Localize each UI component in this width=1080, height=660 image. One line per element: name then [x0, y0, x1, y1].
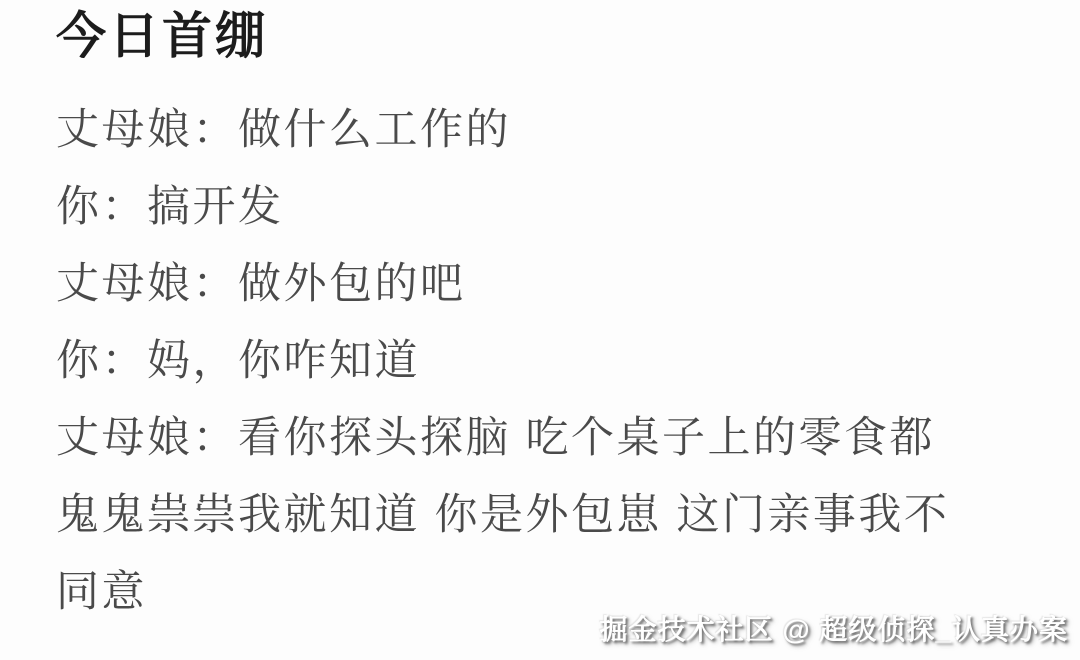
dialog-line-3: 丈母娘：做外包的吧: [56, 242, 1060, 319]
dialog-text: 丈母娘：做什么工作的 你：搞开发 丈母娘：做外包的吧 你：妈，你咋知道 丈母娘：…: [56, 88, 1060, 627]
dialog-line-1: 丈母娘：做什么工作的: [56, 88, 1060, 165]
dialog-line-5: 丈母娘：看你探头探脑 吃个桌子上的零食都: [56, 396, 1060, 473]
meme-image: 今日首绷 丈母娘：做什么工作的 你：搞开发 丈母娘：做外包的吧 你：妈，你咋知道…: [0, 0, 1080, 660]
watermark: 掘金技术社区 @ 超级侦探_认真办案: [600, 608, 1068, 648]
page-title: 今日首绷: [56, 6, 268, 66]
dialog-line-2: 你：搞开发: [56, 165, 1060, 242]
dialog-line-6: 鬼鬼祟祟我就知道 你是外包崽 这门亲事我不: [56, 473, 1060, 550]
dialog-line-4: 你：妈，你咋知道: [56, 319, 1060, 396]
